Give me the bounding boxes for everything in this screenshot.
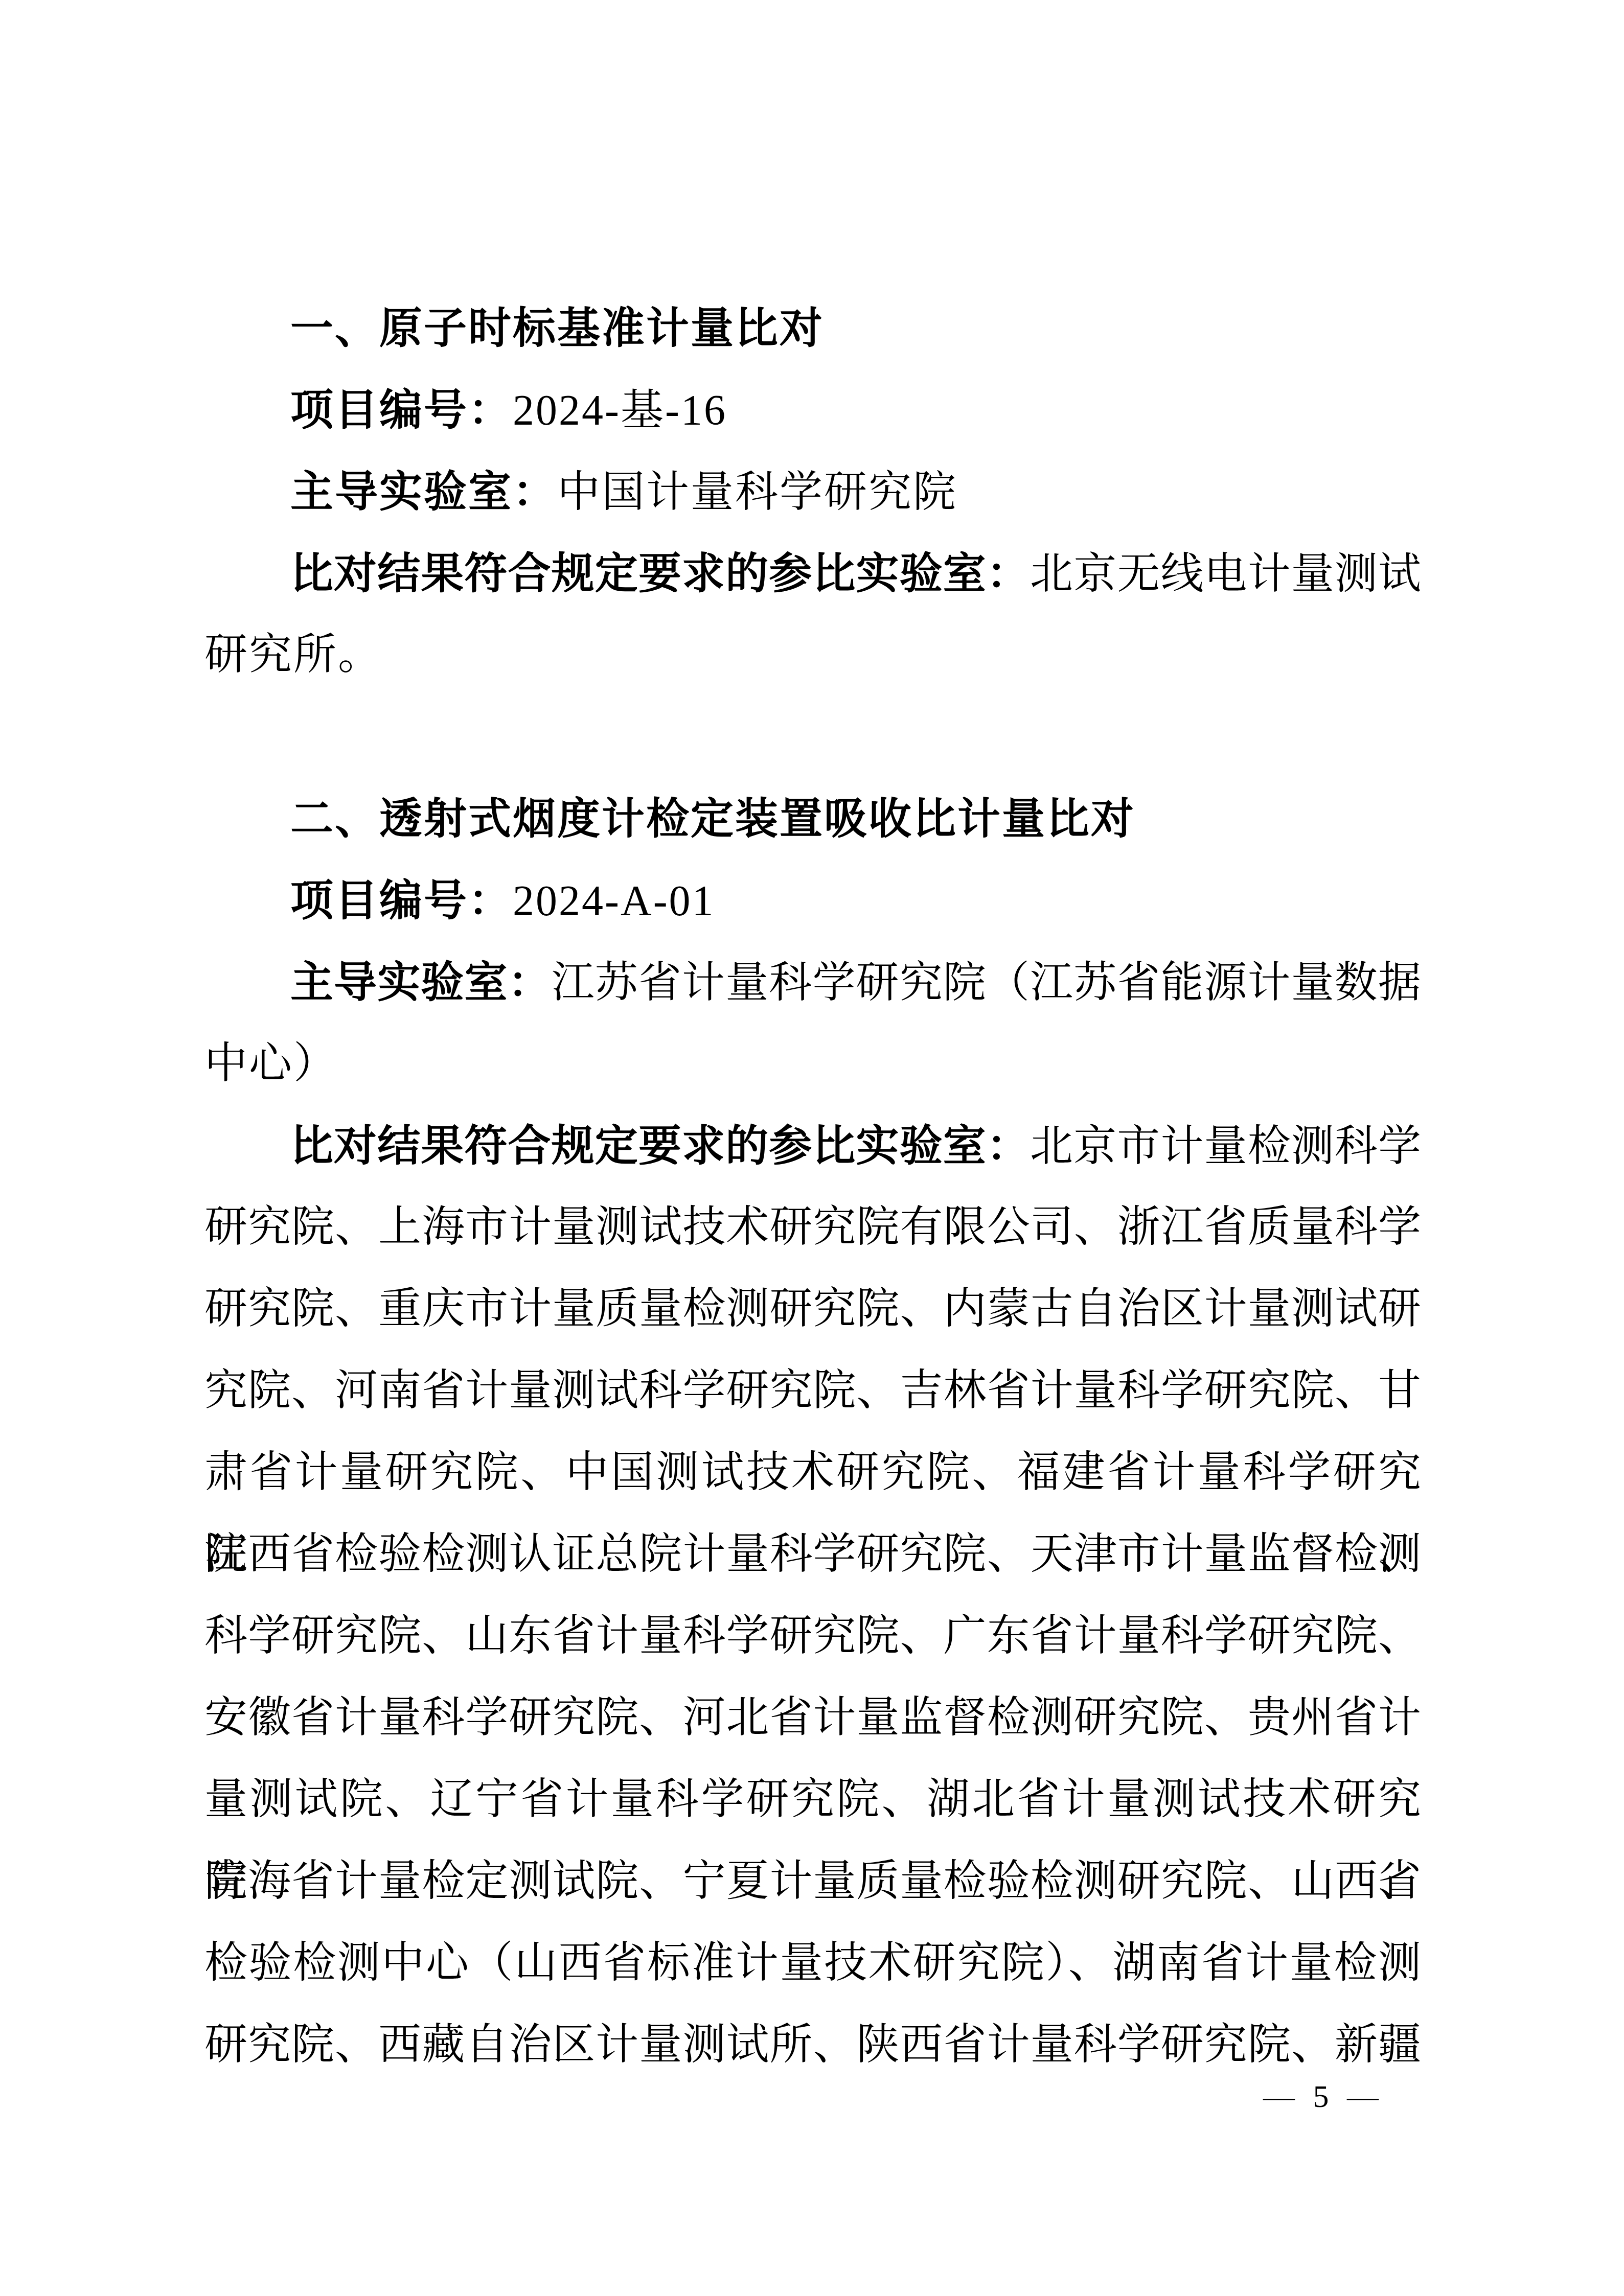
section2-lead-lab-line-2: 中心） xyxy=(204,1023,1421,1105)
section2-result-line-1: 比对结果符合规定要求的参比实验室：北京市计量检测科学 xyxy=(204,1105,1421,1187)
section2-result-line-2: 研究院、上海市计量测试技术研究院有限公司、浙江省质量科学 xyxy=(204,1187,1421,1268)
section2-result-line-6: 江西省检验检测认证总院计量科学研究院、天津市计量监督检测 xyxy=(204,1514,1421,1595)
section2-result-line-12: 研究院、西藏自治区计量测试所、陕西省计量科学研究院、新疆 xyxy=(204,2004,1421,2086)
project-number-label: 项目编号： xyxy=(290,876,513,924)
lead-lab-label: 主导实验室： xyxy=(290,468,557,516)
document-page: 一、原子时标基准计量比对 项目编号：2024-基-16 主导实验室：中国计量科学… xyxy=(0,0,1624,2296)
section2-result-line-11: 检验检测中心（山西省标准计量技术研究院）、湖南省计量检测 xyxy=(204,1922,1421,2004)
section1-result-line-1: 比对结果符合规定要求的参比实验室：北京无线电计量测试 xyxy=(204,532,1421,614)
page-number: — 5 — xyxy=(1263,2074,1384,2120)
section2-result-line-8: 安徽省计量科学研究院、河北省计量监督检测研究院、贵州省计 xyxy=(204,1677,1421,1759)
section-separator xyxy=(204,696,1421,778)
section2-project-number-line: 项目编号：2024-A-01 xyxy=(204,860,1421,941)
result-label: 比对结果符合规定要求的参比实验室： xyxy=(290,549,1030,597)
section1-heading: 一、原子时标基准计量比对 xyxy=(204,287,1421,369)
section2-result-line-9: 量测试院、辽宁省计量科学研究院、湖北省计量测试技术研究院、 xyxy=(204,1759,1421,1841)
section2-result-line-5: 肃省计量研究院、中国测试技术研究院、福建省计量科学研究院、 xyxy=(204,1432,1421,1514)
project-number-label: 项目编号： xyxy=(290,386,513,434)
section1-result-line-2: 研究所。 xyxy=(204,614,1421,696)
result-value: 北京无线电计量测试 xyxy=(1030,550,1421,598)
document-body: 一、原子时标基准计量比对 项目编号：2024-基-16 主导实验室：中国计量科学… xyxy=(204,287,1421,2086)
section2-result-line-4: 究院、河南省计量测试科学研究院、吉林省计量科学研究院、甘 xyxy=(204,1350,1421,1432)
result-label: 比对结果符合规定要求的参比实验室： xyxy=(290,1122,1030,1170)
lead-lab-value: 江苏省计量科学研究院（江苏省能源计量数据 xyxy=(552,959,1421,1007)
section1-lead-lab-line: 主导实验室：中国计量科学研究院 xyxy=(204,451,1421,532)
section2-heading: 二、透射式烟度计检定装置吸收比计量比对 xyxy=(204,778,1421,860)
section2-lead-lab-line-1: 主导实验室：江苏省计量科学研究院（江苏省能源计量数据 xyxy=(204,941,1421,1023)
section2-result-line-3: 研究院、重庆市计量质量检测研究院、内蒙古自治区计量测试研 xyxy=(204,1268,1421,1350)
lead-lab-value: 中国计量科学研究院 xyxy=(557,469,957,516)
section2-result-line-10: 青海省计量检定测试院、宁夏计量质量检验检测研究院、山西省 xyxy=(204,1841,1421,1922)
section2-result-line-7: 科学研究院、山东省计量科学研究院、广东省计量科学研究院、 xyxy=(204,1595,1421,1677)
project-number-value: 2024-基-16 xyxy=(513,387,727,434)
section1-project-number-line: 项目编号：2024-基-16 xyxy=(204,369,1421,451)
lead-lab-label: 主导实验室： xyxy=(290,958,552,1006)
result-value: 北京市计量检测科学 xyxy=(1030,1123,1421,1170)
project-number-value: 2024-A-01 xyxy=(513,877,715,925)
